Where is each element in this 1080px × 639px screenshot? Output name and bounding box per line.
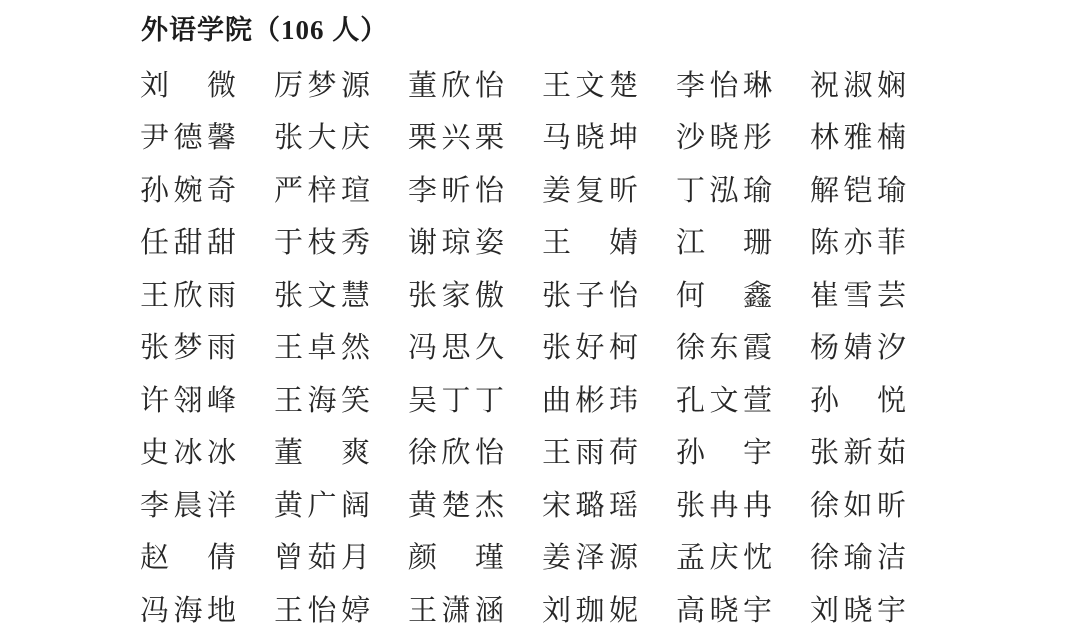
name-char: 冉 — [709, 492, 738, 521]
name-char: 瑶 — [609, 492, 638, 521]
name-char: 高 — [676, 597, 705, 626]
name-cell: 张家傲 — [408, 282, 504, 311]
name-cell: 王海笑 — [274, 387, 370, 416]
name-cell: 孟庆忱 — [676, 544, 772, 573]
name-char: 晓 — [709, 124, 738, 153]
name-char: 东 — [709, 334, 738, 363]
name-char: 张 — [810, 439, 839, 468]
name-cell: 何鑫 — [676, 282, 772, 311]
name-cell: 孙宇 — [676, 439, 772, 468]
name-char: 张 — [542, 282, 571, 311]
name-cell: 冯思久 — [408, 334, 504, 363]
name-char: 吴 — [408, 387, 437, 416]
name-char: 霞 — [743, 334, 772, 363]
name-char: 荷 — [609, 439, 638, 468]
name-char: 源 — [341, 72, 370, 101]
roster-row: 冯海地王怡婷王潇涵刘珈妮高晓宇刘晓宇 — [140, 585, 950, 638]
name-cell: 张大庆 — [274, 124, 370, 153]
name-char: 欣 — [173, 282, 202, 311]
name-cell: 厉梦源 — [274, 72, 370, 101]
name-char: 王 — [542, 72, 571, 101]
name-char: 黄 — [408, 492, 437, 521]
name-char: 傲 — [475, 282, 504, 311]
name-char: 好 — [575, 334, 604, 363]
name-cell: 王雨荷 — [542, 439, 638, 468]
name-char: 孙 — [810, 387, 839, 416]
name-char: 昕 — [877, 492, 906, 521]
name-char: 怡 — [307, 597, 336, 626]
name-char: 徐 — [810, 544, 839, 573]
name-cell: 许翎峰 — [140, 387, 236, 416]
name-char: 茹 — [307, 544, 336, 573]
name-char: 忱 — [743, 544, 772, 573]
name-char: 栗 — [475, 124, 504, 153]
name-char: 坤 — [609, 124, 638, 153]
name-char: 笑 — [341, 387, 370, 416]
name-char: 新 — [843, 439, 872, 468]
name-char: 尹 — [140, 124, 169, 153]
name-char: 谢 — [408, 229, 437, 258]
name-char: 鑫 — [743, 282, 772, 311]
name-char: 王 — [542, 439, 571, 468]
name-char: 陈 — [810, 229, 839, 258]
name-char: 兴 — [441, 124, 470, 153]
name-char: 婉 — [173, 177, 202, 206]
name-char: 欣 — [441, 72, 470, 101]
name-char: 地 — [207, 597, 236, 626]
name-char: 王 — [274, 597, 303, 626]
name-char: 怡 — [475, 177, 504, 206]
name-char: 董 — [408, 72, 437, 101]
name-char: 柯 — [609, 334, 638, 363]
name-cell: 曾茹月 — [274, 544, 370, 573]
name-cell: 谢琼姿 — [408, 229, 504, 258]
name-cell: 赵倩 — [140, 544, 236, 573]
name-char: 雨 — [207, 282, 236, 311]
name-char: 梦 — [173, 334, 202, 363]
name-char: 子 — [575, 282, 604, 311]
name-char: 微 — [207, 72, 236, 101]
name-char: 梓 — [307, 177, 336, 206]
name-char: 甜 — [207, 229, 236, 258]
name-char: 冯 — [140, 597, 169, 626]
name-char: 丁 — [676, 177, 705, 206]
name-char: 家 — [441, 282, 470, 311]
name-char: 张 — [676, 492, 705, 521]
name-cell: 任甜甜 — [140, 229, 236, 258]
name-cell: 高晓宇 — [676, 597, 772, 626]
name-cell: 张文慧 — [274, 282, 370, 311]
name-cell: 孔文萱 — [676, 387, 772, 416]
name-cell: 黄广阔 — [274, 492, 370, 521]
name-cell: 董爽 — [274, 439, 370, 468]
name-cell: 张好柯 — [542, 334, 638, 363]
name-char: 张 — [140, 334, 169, 363]
name-cell: 董欣怡 — [408, 72, 504, 101]
name-char: 复 — [575, 177, 604, 206]
name-char: 欣 — [441, 439, 470, 468]
name-cell: 徐瑜洁 — [810, 544, 906, 573]
name-char: 徐 — [676, 334, 705, 363]
name-char: 萱 — [743, 387, 772, 416]
name-char: 晓 — [843, 597, 872, 626]
name-char: 枝 — [307, 229, 336, 258]
name-cell: 姜复昕 — [542, 177, 638, 206]
name-cell: 王潇涵 — [408, 597, 504, 626]
name-char: 文 — [709, 387, 738, 416]
name-cell: 曲彬玮 — [542, 387, 638, 416]
name-char: 宇 — [877, 597, 906, 626]
name-char: 马 — [542, 124, 571, 153]
name-char: 奇 — [207, 177, 236, 206]
name-char: 姜 — [542, 177, 571, 206]
name-char: 晓 — [709, 597, 738, 626]
name-cell: 陈亦菲 — [810, 229, 906, 258]
name-char: 怡 — [609, 282, 638, 311]
name-char: 颜 — [408, 544, 437, 573]
name-char: 张 — [274, 282, 303, 311]
name-cell: 尹德馨 — [140, 124, 236, 153]
name-cell: 冯海地 — [140, 597, 236, 626]
name-char: 冰 — [207, 439, 236, 468]
name-char: 张 — [274, 124, 303, 153]
name-char: 海 — [307, 387, 336, 416]
name-char: 许 — [140, 387, 169, 416]
name-cell: 史冰冰 — [140, 439, 236, 468]
name-char: 解 — [810, 177, 839, 206]
name-char: 卓 — [307, 334, 336, 363]
name-cell: 张冉冉 — [676, 492, 772, 521]
name-char: 王 — [274, 334, 303, 363]
name-char: 冉 — [743, 492, 772, 521]
name-char: 冯 — [408, 334, 437, 363]
name-char: 王 — [140, 282, 169, 311]
name-char: 厉 — [274, 72, 303, 101]
roster-row: 王欣雨张文慧张家傲张子怡何鑫崔雪芸 — [140, 270, 950, 323]
name-char: 茹 — [877, 439, 906, 468]
name-char: 怡 — [709, 72, 738, 101]
name-cell: 李昕怡 — [408, 177, 504, 206]
name-char: 瑾 — [475, 544, 504, 573]
name-cell: 沙晓彤 — [676, 124, 772, 153]
name-char: 姿 — [475, 229, 504, 258]
name-char: 沙 — [676, 124, 705, 153]
name-cell: 宋璐瑶 — [542, 492, 638, 521]
name-char: 峰 — [207, 387, 236, 416]
name-char: 宇 — [743, 597, 772, 626]
name-cell: 张梦雨 — [140, 334, 236, 363]
name-char: 芸 — [877, 282, 906, 311]
roster-row: 许翎峰王海笑吴丁丁曲彬玮孔文萱孙悦 — [140, 375, 950, 428]
name-char: 淑 — [843, 72, 872, 101]
name-char: 源 — [609, 544, 638, 573]
name-char: 昕 — [609, 177, 638, 206]
name-char: 王 — [274, 387, 303, 416]
name-char: 曲 — [542, 387, 571, 416]
name-char: 刘 — [810, 597, 839, 626]
name-char: 秀 — [341, 229, 370, 258]
name-char: 楠 — [877, 124, 906, 153]
name-char: 涵 — [475, 597, 504, 626]
name-char: 刘 — [140, 72, 169, 101]
name-cell: 丁泓瑜 — [676, 177, 772, 206]
roster-row: 张梦雨王卓然冯思久张好柯徐东霞杨婧汐 — [140, 323, 950, 376]
name-char: 李 — [140, 492, 169, 521]
name-cell: 王文楚 — [542, 72, 638, 101]
name-char: 李 — [408, 177, 437, 206]
name-cell: 吴丁丁 — [408, 387, 504, 416]
name-char: 婷 — [341, 597, 370, 626]
name-cell: 刘微 — [140, 72, 236, 101]
name-char: 杨 — [810, 334, 839, 363]
name-char: 洋 — [207, 492, 236, 521]
name-char: 德 — [173, 124, 202, 153]
name-char: 孙 — [676, 439, 705, 468]
name-char: 张 — [542, 334, 571, 363]
roster-row: 李晨洋黄广阔黄楚杰宋璐瑶张冉冉徐如昕 — [140, 480, 950, 533]
name-char: 赵 — [140, 544, 169, 573]
name-char: 久 — [475, 334, 504, 363]
name-char: 梦 — [307, 72, 336, 101]
name-char: 宇 — [743, 439, 772, 468]
name-char: 徐 — [408, 439, 437, 468]
name-char: 月 — [341, 544, 370, 573]
name-char: 雨 — [207, 334, 236, 363]
name-char: 任 — [140, 229, 169, 258]
name-cell: 严梓瑄 — [274, 177, 370, 206]
name-cell: 徐如昕 — [810, 492, 906, 521]
name-char: 思 — [441, 334, 470, 363]
name-char: 丁 — [441, 387, 470, 416]
roster-row: 刘微厉梦源董欣怡王文楚李怡琳祝淑娴 — [140, 60, 950, 113]
name-char: 刘 — [542, 597, 571, 626]
name-char: 冰 — [173, 439, 202, 468]
name-cell: 王卓然 — [274, 334, 370, 363]
roster-row: 赵倩曾茹月颜瑾姜泽源孟庆忱徐瑜洁 — [140, 533, 950, 586]
name-char: 杰 — [475, 492, 504, 521]
name-char: 潇 — [441, 597, 470, 626]
name-char: 广 — [307, 492, 336, 521]
name-char: 王 — [408, 597, 437, 626]
name-char: 海 — [173, 597, 202, 626]
name-char: 董 — [274, 439, 303, 468]
name-char: 慧 — [341, 282, 370, 311]
name-char: 瑄 — [341, 177, 370, 206]
name-char: 如 — [843, 492, 872, 521]
name-char: 婧 — [843, 334, 872, 363]
name-char: 彬 — [575, 387, 604, 416]
name-char: 姜 — [542, 544, 571, 573]
name-char: 菲 — [877, 229, 906, 258]
name-char: 妮 — [609, 597, 638, 626]
name-cell: 祝淑娴 — [810, 72, 906, 101]
name-cell: 刘晓宇 — [810, 597, 906, 626]
name-cell: 杨婧汐 — [810, 334, 906, 363]
name-char: 楚 — [441, 492, 470, 521]
name-cell: 徐欣怡 — [408, 439, 504, 468]
name-char: 雨 — [575, 439, 604, 468]
name-cell: 李怡琳 — [676, 72, 772, 101]
name-char: 汐 — [877, 334, 906, 363]
name-char: 倩 — [207, 544, 236, 573]
name-cell: 孙婉奇 — [140, 177, 236, 206]
name-cell: 刘珈妮 — [542, 597, 638, 626]
name-char: 丁 — [475, 387, 504, 416]
name-char: 于 — [274, 229, 303, 258]
name-cell: 栗兴栗 — [408, 124, 504, 153]
name-char: 铠 — [843, 177, 872, 206]
name-char: 庆 — [709, 544, 738, 573]
name-char: 珊 — [743, 229, 772, 258]
name-char: 泓 — [709, 177, 738, 206]
name-cell: 黄楚杰 — [408, 492, 504, 521]
name-char: 昕 — [441, 177, 470, 206]
name-char: 琼 — [441, 229, 470, 258]
name-cell: 张新茹 — [810, 439, 906, 468]
name-char: 珈 — [575, 597, 604, 626]
name-char: 祝 — [810, 72, 839, 101]
name-char: 阔 — [341, 492, 370, 521]
roster-row: 孙婉奇严梓瑄李昕怡姜复昕丁泓瑜解铠瑜 — [140, 165, 950, 218]
name-char: 文 — [307, 282, 336, 311]
name-cell: 颜瑾 — [408, 544, 504, 573]
name-cell: 于枝秀 — [274, 229, 370, 258]
name-cell: 王怡婷 — [274, 597, 370, 626]
name-char: 彤 — [743, 124, 772, 153]
name-char: 洁 — [877, 544, 906, 573]
name-char: 林 — [810, 124, 839, 153]
name-cell: 解铠瑜 — [810, 177, 906, 206]
name-char: 李 — [676, 72, 705, 101]
name-char: 崔 — [810, 282, 839, 311]
name-roster: 刘微厉梦源董欣怡王文楚李怡琳祝淑娴尹德馨张大庆栗兴栗马晓坤沙晓彤林雅楠孙婉奇严梓… — [140, 60, 950, 638]
name-cell: 王婧 — [542, 229, 638, 258]
name-cell: 姜泽源 — [542, 544, 638, 573]
name-char: 黄 — [274, 492, 303, 521]
name-cell: 崔雪芸 — [810, 282, 906, 311]
roster-row: 任甜甜于枝秀谢琼姿王婧江珊陈亦菲 — [140, 218, 950, 271]
name-cell: 王欣雨 — [140, 282, 236, 311]
name-char: 怡 — [475, 72, 504, 101]
name-char: 馨 — [207, 124, 236, 153]
name-char: 史 — [140, 439, 169, 468]
name-char: 亦 — [843, 229, 872, 258]
name-char: 江 — [676, 229, 705, 258]
name-char: 瑜 — [877, 177, 906, 206]
name-char: 孟 — [676, 544, 705, 573]
name-char: 庆 — [341, 124, 370, 153]
name-char: 甜 — [173, 229, 202, 258]
name-cell: 李晨洋 — [140, 492, 236, 521]
name-char: 然 — [341, 334, 370, 363]
document-page: 外语学院（106 人） 刘微厉梦源董欣怡王文楚李怡琳祝淑娴尹德馨张大庆栗兴栗马晓… — [0, 0, 1080, 639]
name-char: 娴 — [877, 72, 906, 101]
name-char: 悦 — [877, 387, 906, 416]
roster-row: 史冰冰董爽徐欣怡王雨荷孙宇张新茹 — [140, 428, 950, 481]
name-char: 琳 — [743, 72, 772, 101]
name-cell: 林雅楠 — [810, 124, 906, 153]
name-char: 玮 — [609, 387, 638, 416]
name-char: 怡 — [475, 439, 504, 468]
name-char: 孙 — [140, 177, 169, 206]
page-title: 外语学院（106 人） — [141, 8, 388, 47]
name-cell: 张子怡 — [542, 282, 638, 311]
name-char: 爽 — [341, 439, 370, 468]
name-char: 楚 — [609, 72, 638, 101]
roster-row: 尹德馨张大庆栗兴栗马晓坤沙晓彤林雅楠 — [140, 113, 950, 166]
name-char: 晨 — [173, 492, 202, 521]
name-char: 徐 — [810, 492, 839, 521]
name-char: 何 — [676, 282, 705, 311]
name-char: 大 — [307, 124, 336, 153]
name-char: 泽 — [575, 544, 604, 573]
name-char: 瑜 — [743, 177, 772, 206]
name-cell: 江珊 — [676, 229, 772, 258]
name-char: 王 — [542, 229, 571, 258]
name-char: 孔 — [676, 387, 705, 416]
name-char: 晓 — [575, 124, 604, 153]
name-char: 文 — [575, 72, 604, 101]
name-char: 宋 — [542, 492, 571, 521]
name-char: 雪 — [843, 282, 872, 311]
name-char: 婧 — [609, 229, 638, 258]
name-char: 雅 — [843, 124, 872, 153]
name-char: 栗 — [408, 124, 437, 153]
name-cell: 孙悦 — [810, 387, 906, 416]
name-char: 曾 — [274, 544, 303, 573]
name-char: 璐 — [575, 492, 604, 521]
name-char: 张 — [408, 282, 437, 311]
name-char: 严 — [274, 177, 303, 206]
name-cell: 马晓坤 — [542, 124, 638, 153]
name-char: 翎 — [173, 387, 202, 416]
name-cell: 徐东霞 — [676, 334, 772, 363]
name-char: 瑜 — [843, 544, 872, 573]
